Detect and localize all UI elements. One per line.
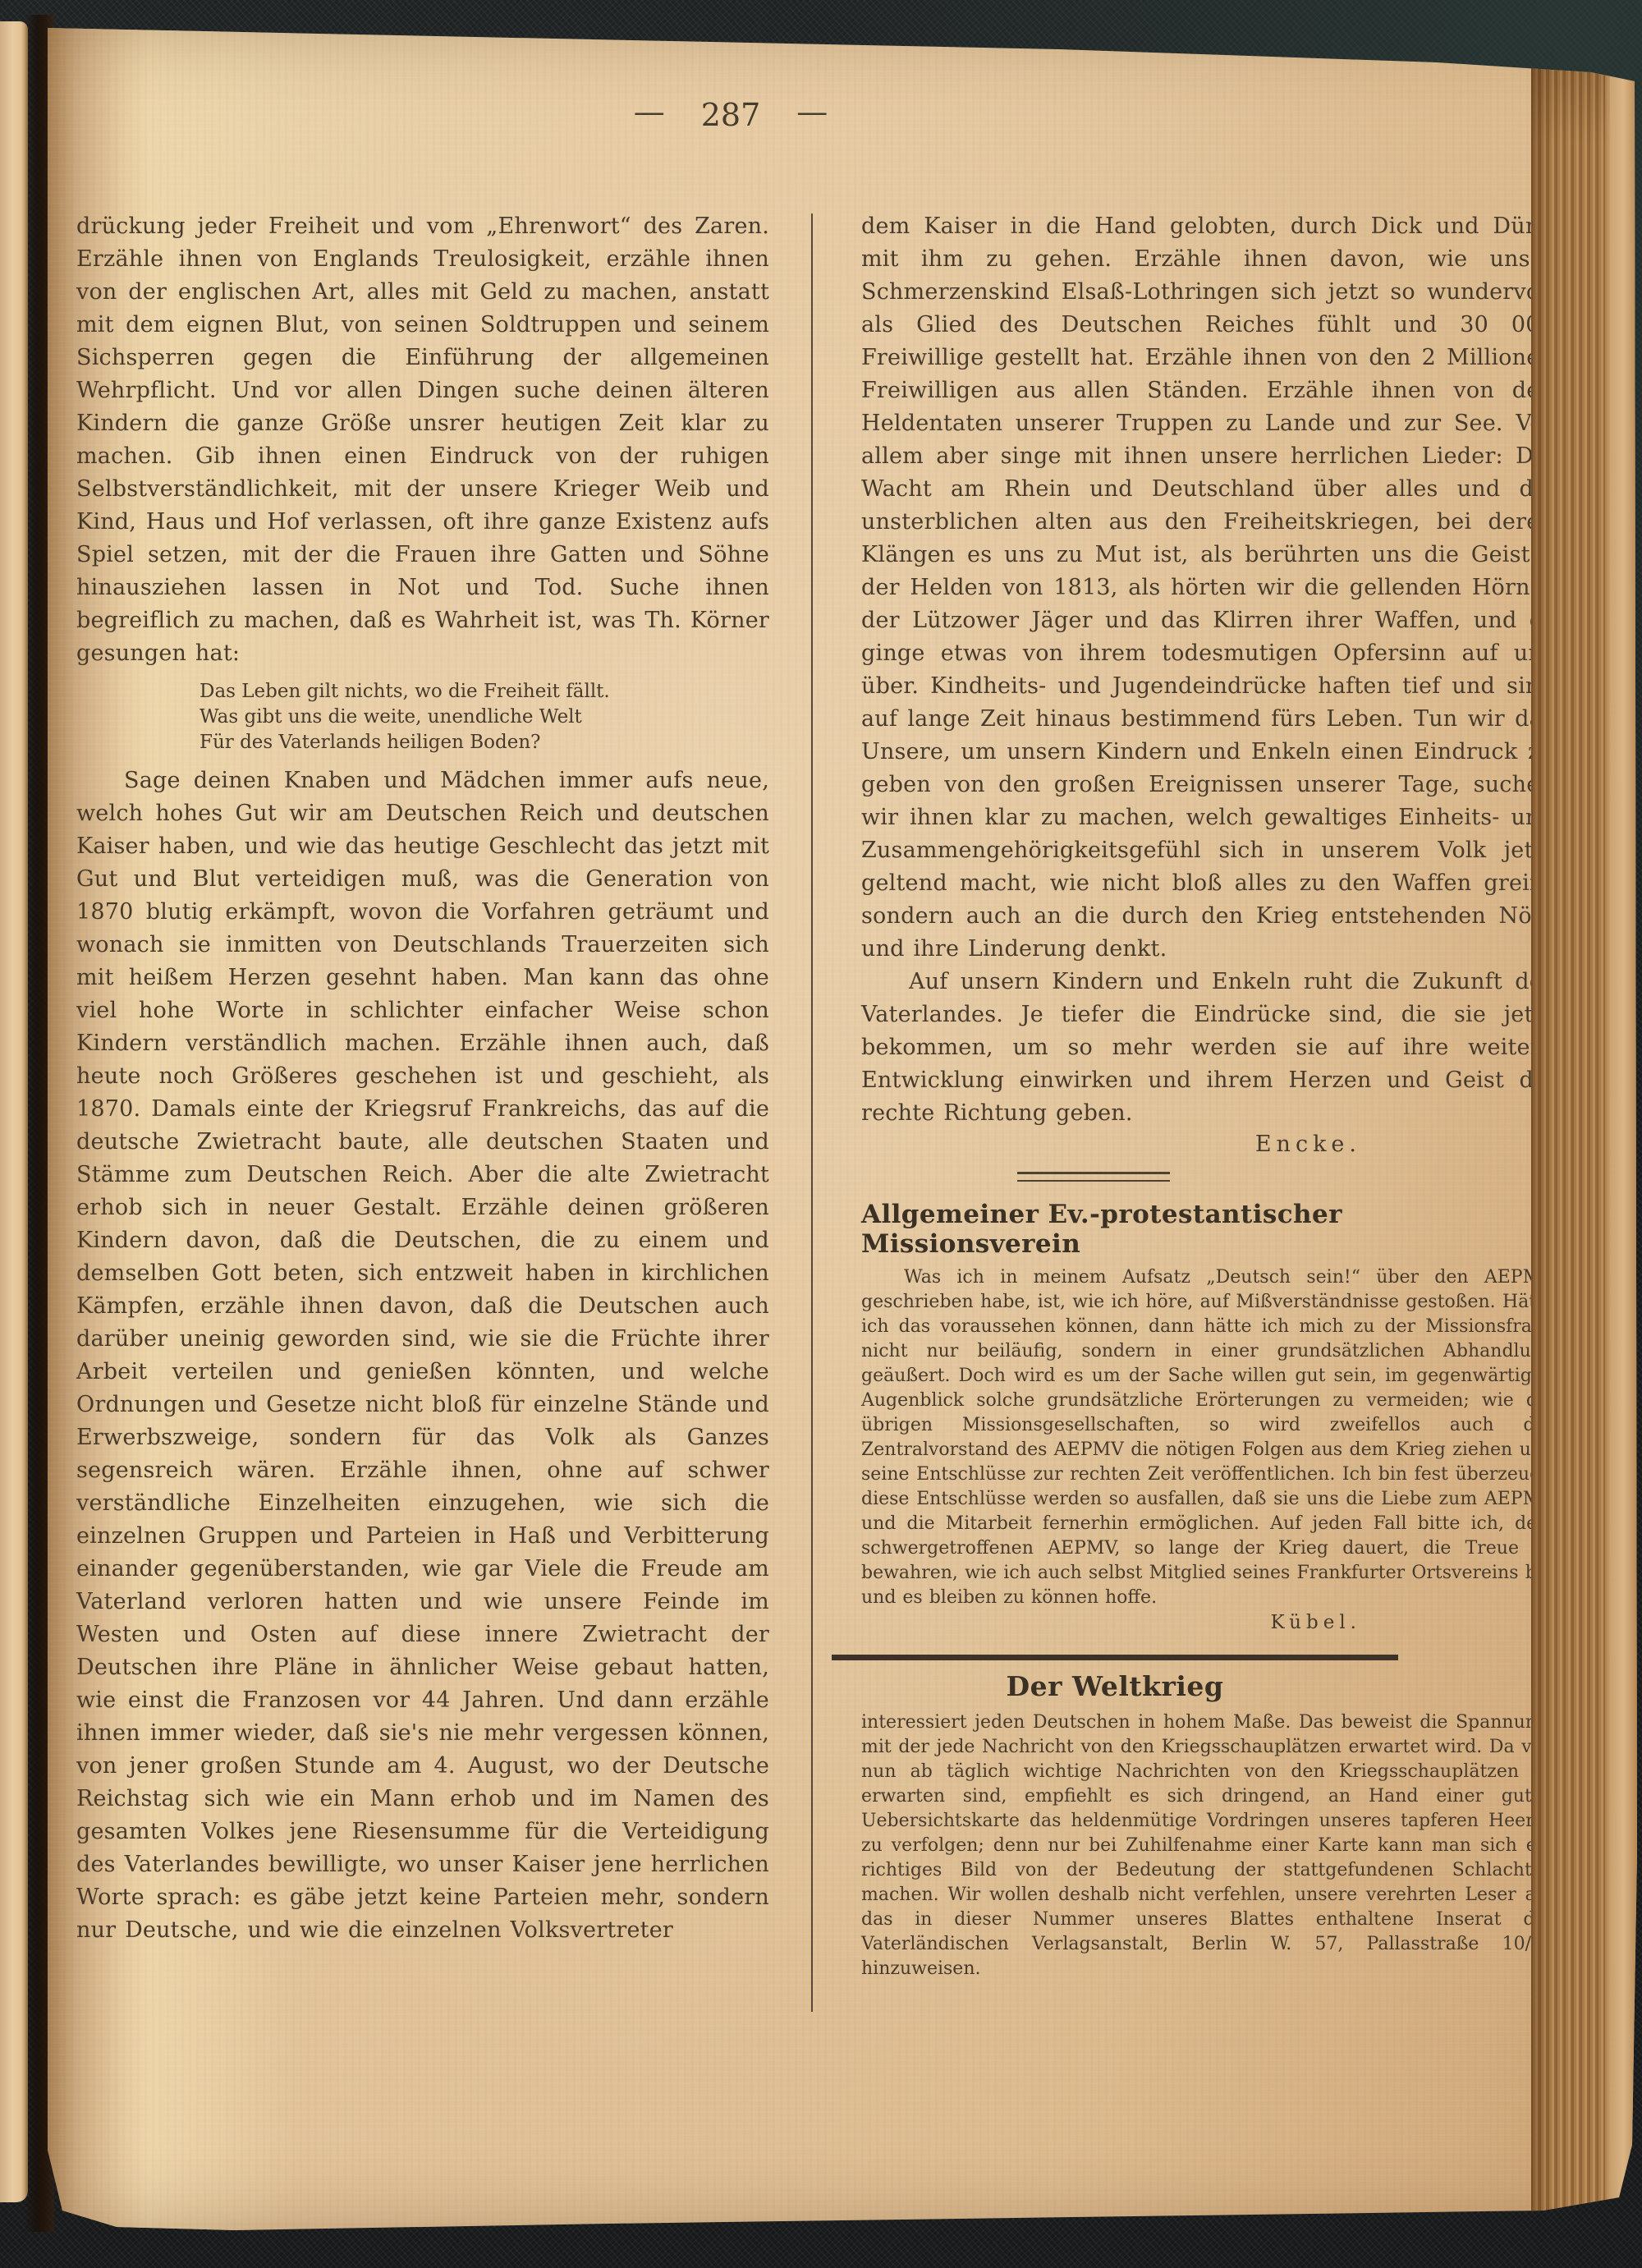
left-paragraph-2: Sage deinen Knaben und Mädchen immer auf… [76,764,769,1947]
outer-page-edge [1605,57,1639,2209]
right-paragraph-2: Auf unsern Kindern und Enkeln ruht die Z… [861,966,1554,1130]
left-paragraph-1: drückung jeder Freiheit und vom „Ehrenwo… [76,210,769,670]
facing-page-sliver [0,21,28,2202]
article-body-missionsverein: Was ich in meinem Aufsatz „Deutsch sein!… [861,1265,1554,1610]
koerner-verse-quote: Das Leben gilt nichts, wo die Freiheit f… [200,679,769,755]
verse-line-2: Was gibt uns die weite, unendliche Welt [200,705,769,730]
verse-line-1: Das Leben gilt nichts, wo die Freiheit f… [200,679,769,705]
double-rule-divider [1017,1172,1170,1182]
article-title-missionsverein: Allgemeiner Ev.-protestantischer Mission… [861,1200,1554,1259]
article-body-weltkrieg: interessiert jeden Deutschen in hohem Ma… [861,1710,1554,1981]
page-number-dash-right: — [796,94,828,130]
page-number: —287— [501,97,961,133]
page-number-dash-left: — [634,94,665,130]
left-column: drückung jeder Freiheit und vom „Ehrenwo… [76,210,769,1981]
right-paragraph-1: dem Kaiser in die Hand gelobten, durch D… [861,210,1554,966]
article-title-weltkrieg: Der Weltkrieg [832,1670,1398,1702]
page-number-value: 287 [701,97,761,133]
text-block: drückung jeder Freiheit und vom „Ehrenwo… [76,210,1554,1981]
verse-line-3: Für des Vaterlands heiligen Boden? [200,730,769,755]
scanned-page: —287— drückung jeder Freiheit und vom „E… [41,0,1639,2268]
fore-edge-page-stack [1531,46,1610,2220]
thick-rule-divider [832,1655,1398,1660]
signature-encke: Encke. [861,1132,1554,1157]
right-column: dem Kaiser in die Hand gelobten, durch D… [861,210,1554,1981]
signature-kuebel: Kübel. [861,1612,1554,1633]
